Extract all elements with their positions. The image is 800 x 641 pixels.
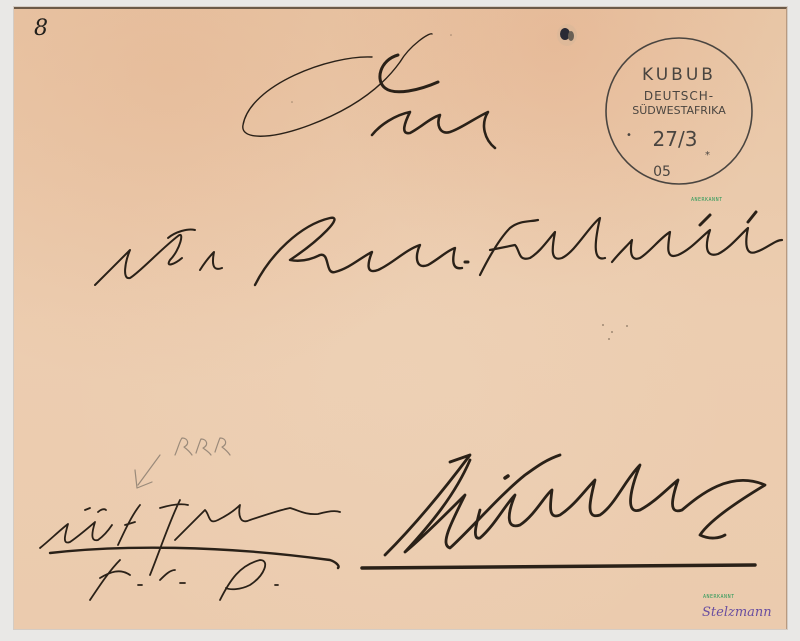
svg-text:27/3: 27/3 — [653, 127, 698, 151]
svg-text:DEUTSCH-: DEUTSCH- — [644, 89, 714, 103]
speckles — [291, 34, 628, 340]
routing-note-script — [40, 500, 340, 600]
svg-text:SÜDWESTAFRIKA: SÜDWESTAFRIKA — [632, 104, 726, 117]
svg-text:KUBUB: KUBUB — [642, 65, 716, 85]
pencil-annotation — [135, 438, 230, 488]
paper-hole — [557, 24, 577, 46]
postmark-stamp: KUBUB DEUTSCH- SÜDWESTAFRIKA 27/3 05 • * — [606, 38, 752, 184]
svg-text:*: * — [705, 150, 710, 161]
expert-mark-top: ANERKANNT — [691, 197, 723, 203]
svg-text:05: 05 — [653, 164, 671, 180]
salutation-an-script — [243, 34, 495, 148]
handwriting-layer: KUBUB DEUTSCH- SÜDWESTAFRIKA 27/3 05 • * — [0, 0, 800, 641]
recipient-line-script — [95, 212, 782, 285]
destination-script — [362, 455, 765, 568]
expert-mark-bottom: ANERKANNT — [703, 594, 735, 600]
expert-signature: Stelzmann — [702, 605, 772, 620]
svg-text:•: • — [626, 130, 632, 141]
